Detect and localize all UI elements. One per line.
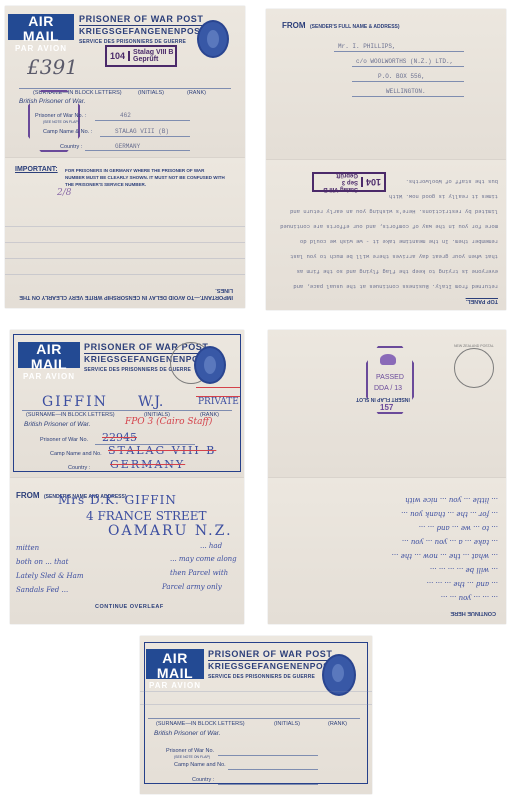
censor-stamp: 104 Stalag VIII B Sep 3 Geprüft xyxy=(312,172,386,192)
rank-label: (RANK) xyxy=(187,90,206,96)
surname-value: GIFFIN xyxy=(42,394,108,410)
sender-address-4: WELLINGTON. xyxy=(386,88,426,95)
bottom-important-notice: IMPORTANT.—TO AVOID DELAY IN CENSORSHIP … xyxy=(13,286,233,300)
censor-stamp: 104 Stalag VIII B Geprüft xyxy=(105,45,177,67)
british-pow-label: British Prisoner of War. xyxy=(24,421,90,428)
surname-label: (SURNAME—IN BLOCK LETTERS) xyxy=(26,412,115,418)
pow-heading: PRISONER OF WAR POST KRIEGSGEFANGENENPOS… xyxy=(208,649,335,683)
continue-here: CONTINUE HERE xyxy=(450,610,496,616)
british-pow-label: British Prisoner of War. xyxy=(154,730,220,737)
crown-icon xyxy=(380,354,396,365)
card-1-front: AIR MAIL PAR AVION PRISONER OF WAR POST … xyxy=(5,6,245,158)
pow-number-label: Prisoner of War No. xyxy=(166,748,214,754)
pow-number-label: Prisoner of War No. : xyxy=(35,113,86,119)
card-1-flap: IMPORTANT: FOR PRISONERS IN GERMANY WHER… xyxy=(5,158,245,308)
continue-overleaf: CONTINUE OVERLEAF xyxy=(95,604,164,610)
sender-address-2: c/o WOOLWORTHS (N.Z.) LTD., xyxy=(356,58,453,65)
card-4-back: PASSED DDA / 13 INSERT FLAP IN SLOT 157 … xyxy=(268,330,506,478)
pow-heading: PRISONER OF WAR POST KRIEGSGEFANGENENPOS… xyxy=(79,14,206,48)
inside-flap-note: INSERT FLAP IN SLOT xyxy=(356,396,410,402)
camp-label: Camp Name and No. xyxy=(50,451,102,457)
country-label: Country : xyxy=(192,777,214,783)
postage-stamp xyxy=(197,20,229,58)
initials-label: (INITIALS) xyxy=(274,721,300,727)
pow-number-label: Prisoner of War No. xyxy=(40,437,88,443)
camp-value: STALAG VIII (B) xyxy=(115,128,169,135)
sender-address-1: Mr. I. PHILLIPS, xyxy=(338,43,396,50)
camp-value: STALAG VIII B xyxy=(108,444,216,457)
camp-label: Camp Name and No. xyxy=(174,762,226,768)
airmail-label: AIR MAIL PAR AVION xyxy=(18,342,80,368)
card-3-front: AIR MAIL PAR AVION PRISONER OF WAR POST … xyxy=(10,330,244,478)
pow-number-value: 462 xyxy=(120,112,131,119)
country-label: Country : xyxy=(68,465,90,471)
country-value: GERMANY xyxy=(110,458,185,471)
card-3-back: FROM (SENDER'S NAME AND ADDRESS) Mrs D.K… xyxy=(10,478,244,624)
surname-label: (SURNAME—IN BLOCK LETTERS) xyxy=(156,721,245,727)
card-5-front: AIR MAIL PAR AVION PRISONER OF WAR POST … xyxy=(140,636,372,794)
red-overwrite: FPO 3 (Cairo Staff) xyxy=(125,417,212,427)
rank-label: (RANK) xyxy=(328,721,347,727)
initials-label: (INITIALS) xyxy=(138,90,164,96)
country-value: GERMANY xyxy=(115,143,140,150)
airmail-label: AIR MAIL PAR AVION xyxy=(8,14,74,40)
initials-value: W.J. xyxy=(138,394,163,410)
postmark xyxy=(454,348,494,388)
airmail-label: AIR MAIL PAR AVION xyxy=(146,649,204,679)
important-notice: FOR PRISONERS IN GERMANY WHERE THE PRISO… xyxy=(65,167,225,188)
letter-text-upside-down: TOP PANEL. returned from Italy. Business… xyxy=(266,160,506,310)
sender-street: 4 FRANCE STREET xyxy=(86,509,207,523)
handwritten-letter-upside-down: CONTINUE HERE ... ... ... you ... ... ..… xyxy=(268,478,506,624)
card-2-back: FROM (SENDER'S FULL NAME & ADDRESS) Mr. … xyxy=(266,9,506,160)
camp-label: Camp Name & No. : xyxy=(43,129,92,135)
country-label: Country : xyxy=(60,144,82,150)
top-panel-label: TOP PANEL. xyxy=(466,298,498,304)
rank-value: PRIVATE xyxy=(198,397,239,407)
card-4-letter: CONTINUE HERE ... ... ... you ... ... ..… xyxy=(268,478,506,624)
sender-city: OAMARU N.Z. xyxy=(108,523,233,539)
postage-stamp xyxy=(322,654,356,696)
sender-address-3: P.O. BOX 556, xyxy=(378,73,425,80)
postage-stamp xyxy=(194,346,226,384)
handwritten-reference: £391 xyxy=(27,55,78,79)
card-2-letter: TOP PANEL. returned from Italy. Business… xyxy=(266,160,506,310)
important-label: IMPORTANT: xyxy=(15,166,58,173)
from-heading: FROM (SENDER'S FULL NAME & ADDRESS) xyxy=(282,15,400,33)
pow-number-value: 22945 xyxy=(102,431,137,444)
sender-name: Mrs D.K. GIFFIN xyxy=(58,493,177,507)
